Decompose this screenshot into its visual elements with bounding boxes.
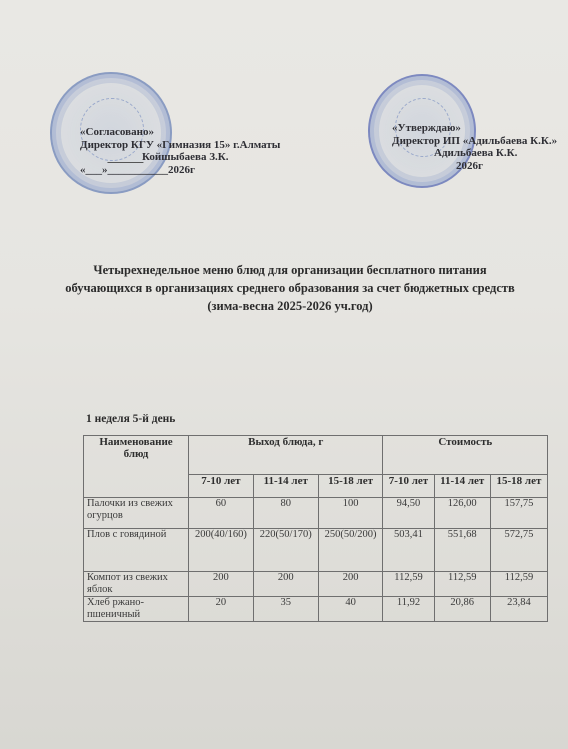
yield-cell: 20 [189, 597, 254, 622]
header-yield-age: 15-18 лет [318, 475, 383, 498]
menu-day-label: 1 неделя 5-й день [86, 413, 175, 425]
header-cost-age: 11-14 лет [434, 475, 490, 498]
cost-cell: 126,00 [434, 498, 490, 529]
dish-name: Палочки из свежих огурцов [84, 498, 189, 529]
approval-date: «___»___________2026г [80, 164, 280, 177]
yield-cell: 40 [318, 597, 383, 622]
yield-cell: 60 [189, 498, 254, 529]
cost-cell: 11,92 [383, 597, 434, 622]
header-cost: Стоимость [383, 436, 548, 475]
yield-cell: 200 [189, 572, 254, 597]
cost-cell: 20,86 [434, 597, 490, 622]
table-row: Хлеб ржано-пшеничный 20 35 40 11,92 20,8… [84, 597, 548, 622]
approval-person: Адильбаева К.К. [392, 147, 557, 160]
cost-cell: 112,59 [490, 572, 547, 597]
cost-cell: 551,68 [434, 529, 490, 572]
menu-table: Наименование блюд Выход блюда, г Стоимос… [83, 435, 548, 622]
yield-cell: 35 [253, 597, 318, 622]
yield-cell: 250(50/200) [318, 529, 383, 572]
signature-mark [107, 148, 148, 163]
yield-cell: 200 [318, 572, 383, 597]
table-row: Палочки из свежих огурцов 60 80 100 94,5… [84, 498, 548, 529]
document-title: Четырехнедельное меню блюд для организац… [60, 261, 520, 315]
approval-position: Директор КГУ «Гимназия 15» г.Алматы [80, 139, 280, 152]
cost-cell: 572,75 [490, 529, 547, 572]
dish-name: Плов с говядиной [84, 529, 189, 572]
table-row: Компот из свежих яблок 200 200 200 112,5… [84, 572, 548, 597]
cost-cell: 23,84 [490, 597, 547, 622]
approval-heading: «Утверждаю» [392, 122, 557, 135]
cost-cell: 503,41 [383, 529, 434, 572]
cost-cell: 112,59 [434, 572, 490, 597]
header-cost-age: 7-10 лет [383, 475, 434, 498]
dish-name: Хлеб ржано-пшеничный [84, 597, 189, 622]
header-yield-age: 7-10 лет [189, 475, 254, 498]
yield-cell: 80 [253, 498, 318, 529]
header-yield-age: 11-14 лет [253, 475, 318, 498]
approval-date: 2026г [392, 160, 557, 173]
approval-block-agreed: «Согласовано» Директор КГУ «Гимназия 15»… [80, 126, 280, 176]
header-dish-name: Наименование блюд [84, 436, 189, 498]
approval-heading: «Согласовано» [80, 126, 280, 139]
table-row: Плов с говядиной 200(40/160) 220(50/170)… [84, 529, 548, 572]
cost-cell: 94,50 [383, 498, 434, 529]
cost-cell: 112,59 [383, 572, 434, 597]
approval-block-approved: «Утверждаю» Директор ИП «Адильбаева К.К.… [392, 122, 557, 172]
approval-position: Директор ИП «Адильбаева К.К.» [392, 135, 557, 148]
header-yield: Выход блюда, г [189, 436, 383, 475]
header-row: Наименование блюд Выход блюда, г Стоимос… [84, 436, 548, 475]
yield-cell: 220(50/170) [253, 529, 318, 572]
yield-cell: 200(40/160) [189, 529, 254, 572]
dish-name: Компот из свежих яблок [84, 572, 189, 597]
yield-cell: 100 [318, 498, 383, 529]
yield-cell: 200 [253, 572, 318, 597]
header-cost-age: 15-18 лет [490, 475, 547, 498]
cost-cell: 157,75 [490, 498, 547, 529]
